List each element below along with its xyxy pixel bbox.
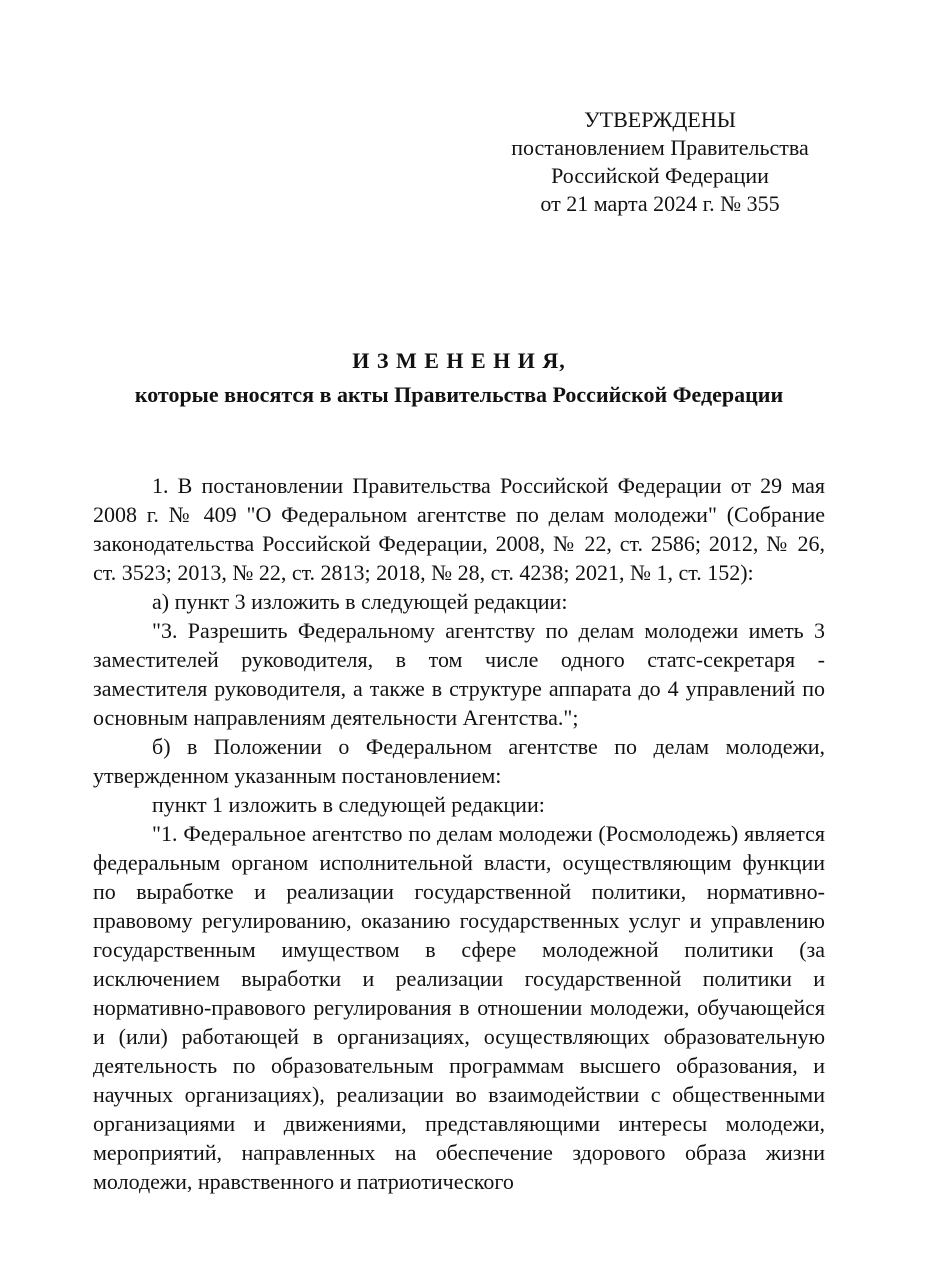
approval-line: постановлением Правительства	[500, 134, 820, 162]
approval-line: Российской Федерации	[500, 162, 820, 190]
document-page: УТВЕРЖДЕНЫ постановлением Правительства …	[0, 0, 930, 1280]
body-paragraph: 1. В постановлении Правительства Российс…	[93, 471, 825, 587]
body-paragraph: б) в Положении о Федеральном агентстве п…	[93, 732, 825, 790]
body-paragraph: "1. Федеральное агентство по делам молод…	[93, 819, 825, 1196]
approval-line: от 21 марта 2024 г. № 355	[500, 190, 820, 218]
body-paragraph: "3. Разрешить Федеральному агентству по …	[93, 616, 825, 732]
approval-stamp: УТВЕРЖДЕНЫ постановлением Правительства …	[500, 106, 820, 218]
body-paragraph: пункт 1 изложить в следующей редакции:	[93, 790, 825, 819]
document-body: 1. В постановлении Правительства Российс…	[93, 471, 825, 1196]
document-subtitle: которые вносятся в акты Правительства Ро…	[93, 378, 825, 412]
document-title: И З М Е Н Е Н И Я,	[93, 344, 825, 378]
body-paragraph: а) пункт 3 изложить в следующей редакции…	[93, 587, 825, 616]
approval-line: УТВЕРЖДЕНЫ	[500, 106, 820, 134]
document-title-block: И З М Е Н Е Н И Я, которые вносятся в ак…	[93, 344, 825, 412]
